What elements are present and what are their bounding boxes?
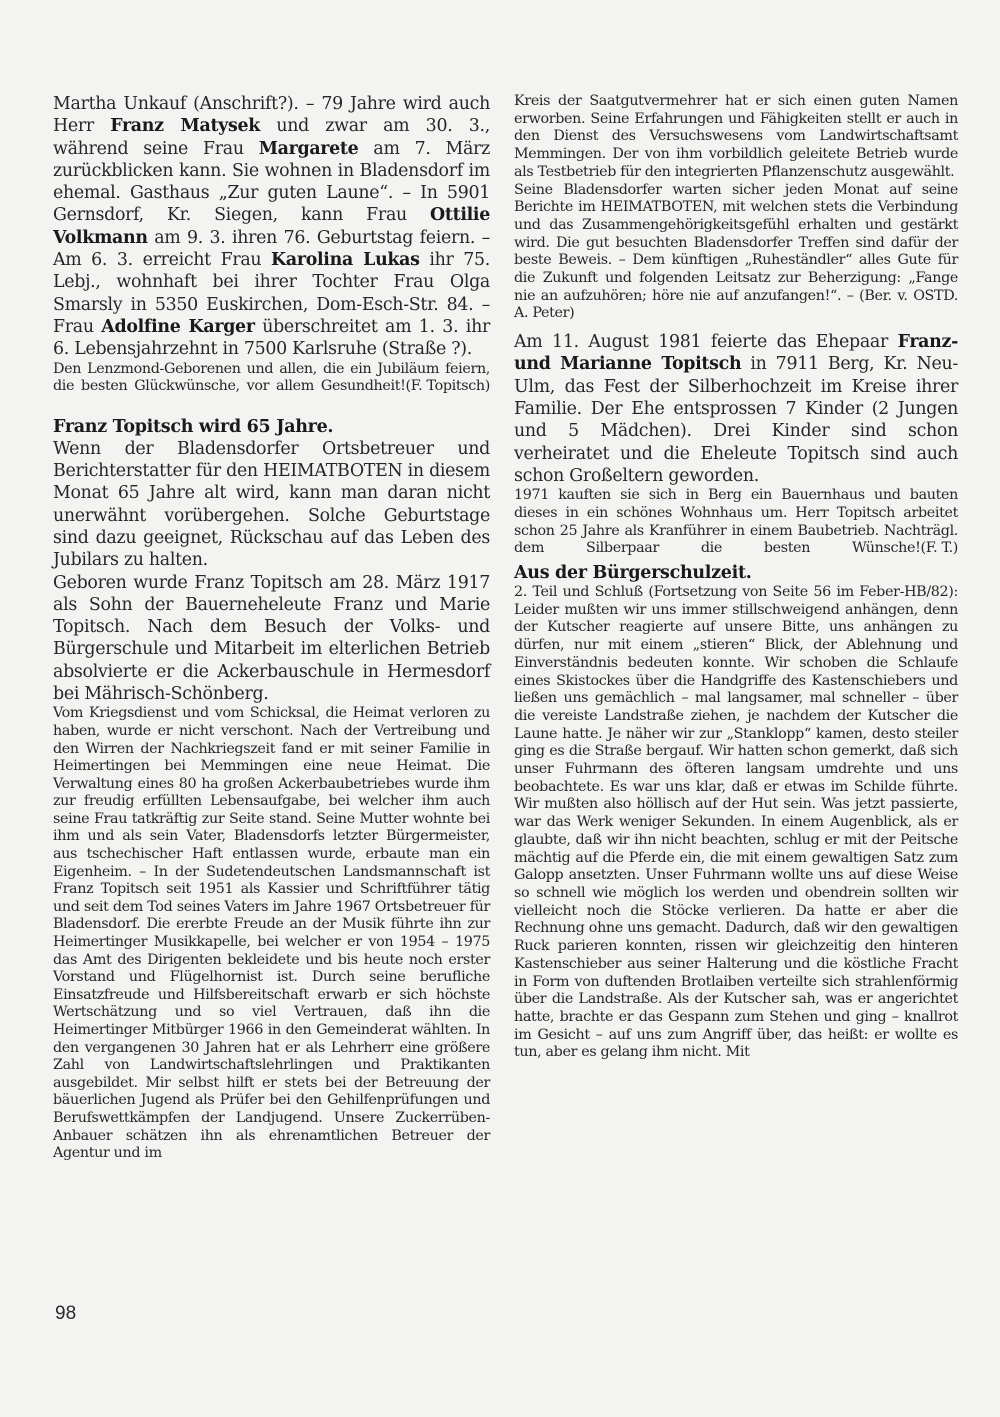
- person-name: Karolina Lukas: [271, 250, 420, 270]
- left-column: Martha Unkauf (Anschrift?). – 79 Jahre w…: [53, 93, 490, 1163]
- anniversary-body: 1971 kauften sie sich in Berg ein Bauern…: [514, 487, 958, 558]
- article-lead: Wenn der Bladensdorfer Ortsbetreuer und …: [53, 438, 490, 572]
- person-name: Franz Matysek: [110, 116, 260, 136]
- signature: (F. Topitsch): [406, 378, 490, 396]
- person-name: Adolfine Karger: [101, 317, 254, 337]
- person-name: Margarete: [259, 139, 359, 159]
- anniversary-text: 1971 kauften sie sich in Berg ein Bauern…: [514, 487, 958, 556]
- anniversary-lead: Am 11. August 1981 feierte das Ehepaar F…: [514, 331, 958, 487]
- greeting-paragraph: Den Lenzmond-Geborenen und allen, die ei…: [53, 361, 490, 396]
- article-body: Vom Kriegsdienst und vom Schicksal, die …: [53, 705, 490, 1162]
- article-continuation-2: Seine Bladensdorfer warten sicher jeden …: [514, 182, 958, 324]
- signature: (F. T.): [921, 540, 958, 558]
- article-continuation: Kreis der Saatgutvermehrer hat er sich e…: [514, 93, 958, 182]
- text-segment: Am 11. August 1981 feierte das Ehepaar: [514, 332, 898, 352]
- birthday-announcements: Martha Unkauf (Anschrift?). – 79 Jahre w…: [53, 93, 490, 361]
- school-heading: Aus der Bürgerschulzeit.: [514, 562, 958, 584]
- document-page: Martha Unkauf (Anschrift?). – 79 Jahre w…: [0, 0, 1000, 1417]
- right-column: Kreis der Saatgutvermehrer hat er sich e…: [514, 93, 958, 1062]
- school-body: 2. Teil und Schluß (Fortsetzung von Seit…: [514, 584, 958, 1062]
- article-lead-2: Geboren wurde Franz Topitsch am 28. März…: [53, 572, 490, 706]
- page-number: 98: [55, 1303, 76, 1325]
- article-heading: Franz Topitsch wird 65 Jahre.: [53, 416, 490, 438]
